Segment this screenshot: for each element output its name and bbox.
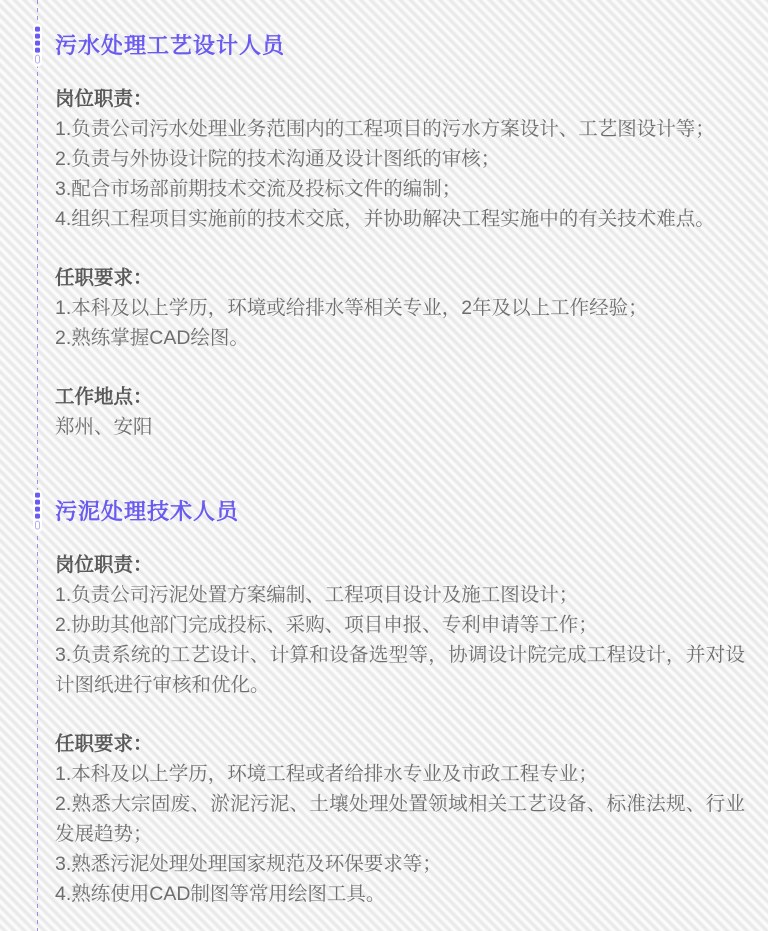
bead-dot — [35, 514, 40, 519]
section-item: 4.熟练使用CAD制图等常用绘图工具。 — [55, 879, 745, 909]
jobs-container: 污水处理工艺设计人员岗位职责：1.负责公司污水处理业务范围内的工程项目的污水方案… — [55, 30, 745, 909]
bead-list-icon — [33, 490, 42, 533]
job-posting: 污泥处理技术人员岗位职责：1.负责公司污泥处置方案编制、工程项目设计及施工图设计… — [55, 496, 745, 909]
section-item: 郑州、安阳 — [55, 412, 745, 442]
job-postings-page: 污水处理工艺设计人员岗位职责：1.负责公司污水处理业务范围内的工程项目的污水方案… — [0, 0, 768, 909]
section-heading: 任职要求： — [55, 729, 745, 759]
section-item: 2.协助其他部门完成投标、采购、项目申报、专利申请等工作； — [55, 610, 745, 640]
section-heading: 岗位职责： — [55, 550, 745, 580]
bead-dot — [35, 34, 40, 39]
job-section: 工作地点：郑州、安阳 — [55, 382, 745, 442]
bead-dot — [35, 48, 40, 53]
section-item: 3.配合市场部前期技术交流及投标文件的编制； — [55, 174, 745, 204]
section-item: 1.本科及以上学历，环境或给排水等相关专业，2年及以上工作经验； — [55, 293, 745, 323]
section-item: 2.熟练掌握CAD绘图。 — [55, 323, 745, 353]
section-heading: 任职要求： — [55, 263, 745, 293]
job-title: 污水处理工艺设计人员 — [55, 30, 745, 62]
job-header: 污水处理工艺设计人员 — [55, 30, 745, 62]
bead-dot — [35, 27, 40, 32]
bead-dot — [35, 493, 40, 498]
section-item: 1.负责公司污水处理业务范围内的工程项目的污水方案设计、工艺图设计等； — [55, 114, 745, 144]
section-item: 2.熟悉大宗固废、淤泥污泥、土壤处理处置领域相关工艺设备、标准法规、行业发展趋势… — [55, 789, 745, 849]
bead-list-icon — [33, 24, 42, 67]
bead-hollow-dot — [35, 55, 40, 64]
section-item: 3.负责系统的工艺设计、计算和设备选型等，协调设计院完成工程设计，并对设计图纸进… — [55, 640, 745, 700]
section-item: 3.熟悉污泥处理处理国家规范及环保要求等； — [55, 849, 745, 879]
job-header: 污泥处理技术人员 — [55, 496, 745, 528]
bead-dot — [35, 41, 40, 46]
section-item: 4.组织工程项目实施前的技术交底，并协助解决工程实施中的有关技术难点。 — [55, 204, 745, 234]
job-section: 任职要求：1.本科及以上学历，环境或给排水等相关专业，2年及以上工作经验；2.熟… — [55, 263, 745, 353]
section-item: 1.负责公司污泥处置方案编制、工程项目设计及施工图设计； — [55, 580, 745, 610]
job-section: 岗位职责：1.负责公司污水处理业务范围内的工程项目的污水方案设计、工艺图设计等；… — [55, 84, 745, 234]
job-section: 岗位职责：1.负责公司污泥处置方案编制、工程项目设计及施工图设计；2.协助其他部… — [55, 550, 745, 700]
section-heading: 岗位职责： — [55, 84, 745, 114]
section-item: 2.负责与外协设计院的技术沟通及设计图纸的审核； — [55, 144, 745, 174]
section-heading: 工作地点： — [55, 382, 745, 412]
bead-dot — [35, 500, 40, 505]
job-posting: 污水处理工艺设计人员岗位职责：1.负责公司污水处理业务范围内的工程项目的污水方案… — [55, 30, 745, 442]
section-item: 1.本科及以上学历，环境工程或者给排水专业及市政工程专业； — [55, 759, 745, 789]
bead-hollow-dot — [35, 521, 40, 530]
job-title: 污泥处理技术人员 — [55, 496, 745, 528]
bead-dot — [35, 507, 40, 512]
job-section: 任职要求：1.本科及以上学历，环境工程或者给排水专业及市政工程专业；2.熟悉大宗… — [55, 729, 745, 909]
